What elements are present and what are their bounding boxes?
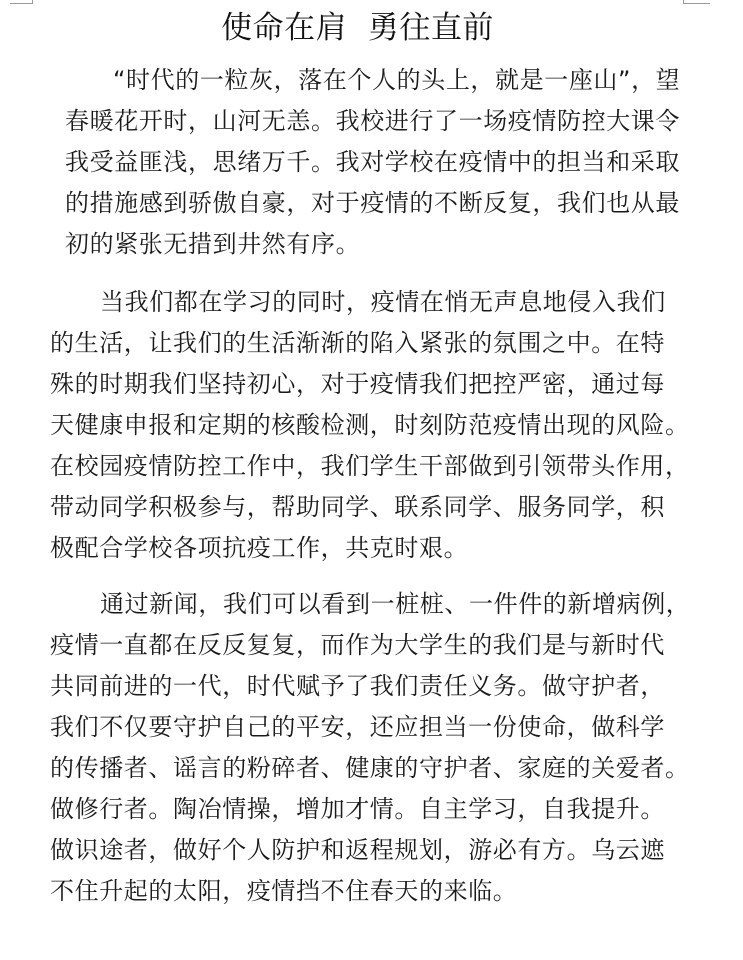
text-line: 初的紧张无措到井然有序。 <box>65 224 680 265</box>
text-line: 通过新闻，我们可以看到一桩桩、一件件的新增病例， <box>50 584 690 625</box>
text-line: “时代的一粒灰，落在个人的头上，就是一座山”，望 <box>65 60 680 101</box>
text-line: 我受益匪浅，思绪万千。我对学校在疫情中的担当和采取 <box>65 142 680 183</box>
text-line: 春暖花开时，山河无恙。我校进行了一场疫情防控大课令 <box>65 101 680 142</box>
text-line: 极配合学校各项抗疫工作，共克时艰。 <box>50 528 690 569</box>
text-line: 做识途者，做好个人防护和返程规划，游必有方。乌云遮 <box>50 830 690 871</box>
text-line: 不住升起的太阳，疫情挡不住春天的来临。 <box>50 871 690 912</box>
text-line: 共同前进的一代，时代赋予了我们责任义务。做守护者， <box>50 666 690 707</box>
text-line: 的措施感到骄傲自豪，对于疫情的不断反复，我们也从最 <box>65 183 680 224</box>
paragraph-3: 通过新闻，我们可以看到一桩桩、一件件的新增病例， 疫情一直都在反反复复，而作为大… <box>50 584 690 912</box>
text-line: 殊的时期我们坚持初心，对于疫情我们把控严密，通过每 <box>50 364 690 405</box>
text-line: 疫情一直都在反反复复，而作为大学生的我们是与新时代 <box>50 625 690 666</box>
text-line: 当我们都在学习的同时，疫情在悄无声息地侵入我们 <box>50 282 690 323</box>
text-line: 我们不仅要守护自己的平安，还应担当一份使命，做科学 <box>50 707 690 748</box>
text-line: 的生活，让我们的生活渐渐的陷入紧张的氛围之中。在特 <box>50 323 690 364</box>
paragraph-2: 当我们都在学习的同时，疫情在悄无声息地侵入我们 的生活，让我们的生活渐渐的陷入紧… <box>50 282 690 569</box>
crop-mark-top-right <box>683 0 710 4</box>
crop-mark-top-left <box>10 0 33 4</box>
paragraph-1: “时代的一粒灰，落在个人的头上，就是一座山”，望 春暖花开时，山河无恙。我校进行… <box>65 60 680 265</box>
text-line: 在校园疫情防控工作中，我们学生干部做到引领带头作用， <box>50 446 690 487</box>
text-line: 天健康申报和定期的核酸检测，时刻防范疫情出现的风险。 <box>50 405 690 446</box>
text-line: 的传播者、谣言的粉碎者、健康的守护者、家庭的关爱者。 <box>50 748 690 789</box>
text-line: 做修行者。陶冶情操，增加才情。自主学习，自我提升。 <box>50 789 690 830</box>
text-line: 带动同学积极参与，帮助同学、联系同学、服务同学，积 <box>50 487 690 528</box>
document-title: 使命在肩 勇往直前 <box>0 8 715 48</box>
